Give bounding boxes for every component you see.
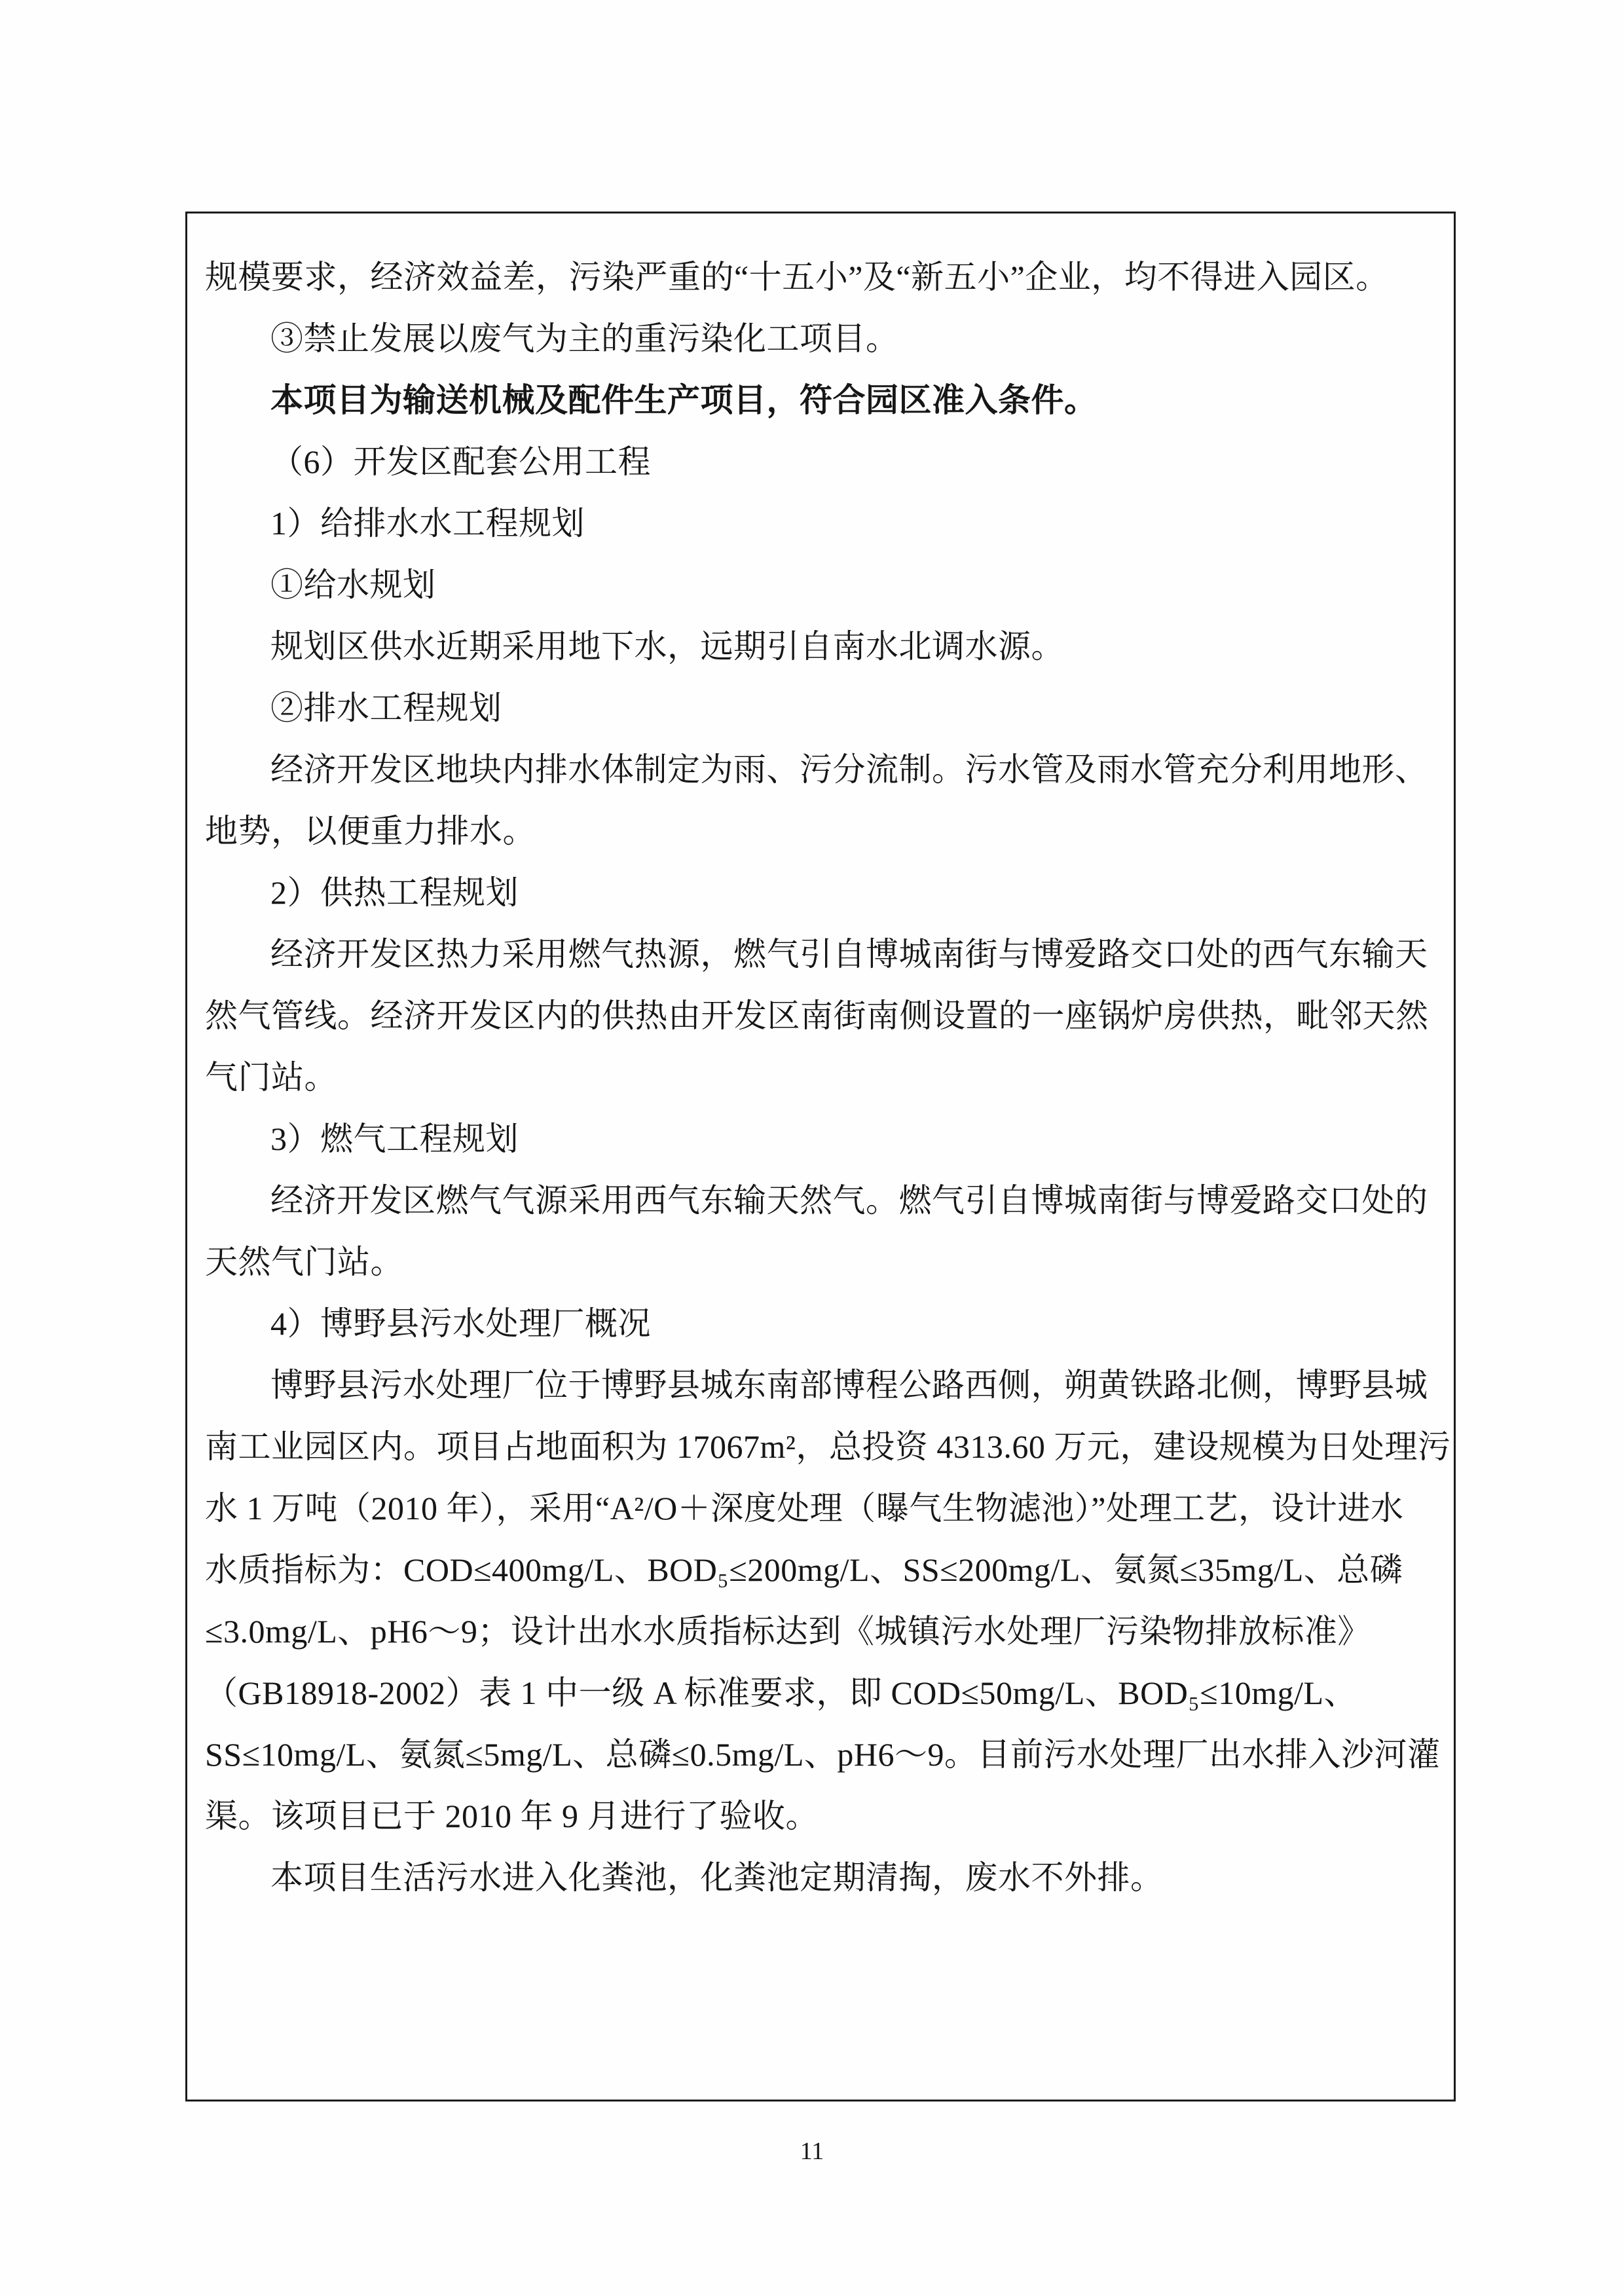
text-line: ③禁止发展以废气为主的重污染化工项目。 — [205, 308, 1438, 369]
text-line: 渠。该项目已于 2010 年 9 月进行了验收。 — [205, 1785, 1438, 1847]
section-heading: 1）给排水水工程规划 — [205, 492, 1438, 554]
document-page: { "page": { "number": "11", "text_color"… — [0, 0, 1624, 2296]
text-line: SS≤10mg/L、氨氮≤5mg/L、总磷≤0.5mg/L、pH6～9。目前污水… — [205, 1724, 1438, 1785]
text-line: 规模要求，经济效益差，污染严重的“十五小”及“新五小”企业，均不得进入园区。 — [205, 246, 1438, 308]
text-line: ≤3.0mg/L、pH6～9；设计出水水质指标达到《城镇污水处理厂污染物排放标准… — [205, 1601, 1438, 1662]
section-heading: 3）燃气工程规划 — [205, 1108, 1438, 1170]
page-number: 11 — [0, 2136, 1624, 2166]
content-border-box: 规模要求，经济效益差，污染严重的“十五小”及“新五小”企业，均不得进入园区。 ③… — [185, 212, 1456, 2102]
text-line: 水质指标为：COD≤400mg/L、BOD₅≤200mg/L、SS≤200mg/… — [205, 1539, 1438, 1601]
text-line: 气门站。 — [205, 1046, 1438, 1108]
text-line: 地势，以便重力排水。 — [205, 800, 1438, 862]
text-line-bold: 本项目为输送机械及配件生产项目，符合园区准入条件。 — [205, 369, 1438, 431]
text-line: 规划区供水近期采用地下水，远期引自南水北调水源。 — [205, 616, 1438, 677]
text-line: 经济开发区燃气气源采用西气东输天然气。燃气引自博城南街与博爱路交口处的 — [205, 1170, 1438, 1231]
text-line: 然气管线。经济开发区内的供热由开发区南街南侧设置的一座锅炉房供热，毗邻天然 — [205, 985, 1438, 1046]
text-line: 天然气门站。 — [205, 1231, 1438, 1293]
text-line: 博野县污水处理厂位于博野县城东南部博程公路西侧，朔黄铁路北侧，博野县城 — [205, 1354, 1438, 1416]
text-line: 南工业园区内。项目占地面积为 17067m²，总投资 4313.60 万元，建设… — [205, 1416, 1438, 1477]
section-heading: ①给水规划 — [205, 554, 1438, 616]
section-heading: 4）博野县污水处理厂概况 — [205, 1293, 1438, 1354]
text-line: 经济开发区地块内排水体制定为雨、污分流制。污水管及雨水管充分利用地形、 — [205, 739, 1438, 800]
text-line: （GB18918-2002）表 1 中一级 A 标准要求，即 COD≤50mg/… — [205, 1662, 1438, 1724]
text-line: 水 1 万吨（2010 年），采用“A²/O＋深度处理（曝气生物滤池）”处理工艺… — [205, 1477, 1438, 1539]
section-heading: 2）供热工程规划 — [205, 862, 1438, 923]
section-heading: ②排水工程规划 — [205, 677, 1438, 739]
text-line: 经济开发区热力采用燃气热源，燃气引自博城南街与博爱路交口处的西气东输天 — [205, 923, 1438, 985]
section-heading: （6）开发区配套公用工程 — [205, 431, 1438, 492]
text-line: 本项目生活污水进入化粪池，化粪池定期清掏，废水不外排。 — [205, 1847, 1438, 1908]
